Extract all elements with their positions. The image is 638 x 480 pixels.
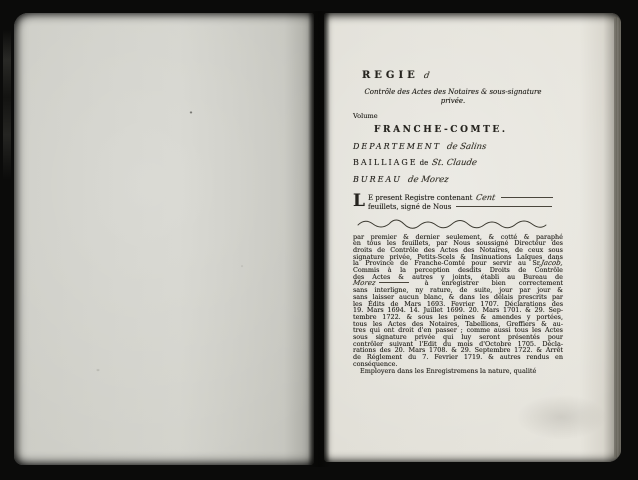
- book-photo: REGIEd Contrôle des Actes des Notaires &…: [0, 0, 638, 480]
- register-subtitle-line1: Contrôle des Actes des Notaires & sous-s…: [353, 88, 553, 97]
- declaration-line1: E present Registre contenantCent: [353, 193, 571, 203]
- left-page-blank: [14, 13, 314, 465]
- field-bailliage: BAILLIAGEdeSt. Claude: [353, 158, 571, 168]
- body-text-segment: Employera dans les Enregistremens la nat…: [360, 367, 536, 375]
- field-handwritten-value: de Morez: [407, 175, 449, 185]
- field-de: de: [420, 159, 429, 167]
- province-name: FRANCHE-COMTE.: [374, 125, 571, 135]
- declaration-line2-text: feuillets, signé de Nous: [368, 203, 451, 211]
- register-title: REGIEd: [362, 70, 571, 81]
- declaration-line2: feuillets, signé de Nous: [353, 203, 571, 212]
- register-subtitle-line2: privée.: [353, 97, 553, 106]
- title-text: REGIE: [362, 70, 419, 81]
- body-text: par premier & dernier seulement, & cotté…: [353, 234, 563, 375]
- handwritten-text-segment: Jacob,: [541, 260, 564, 267]
- ink-rule: [456, 206, 552, 207]
- register-declaration: L E present Registre contenantCent feuil…: [353, 193, 571, 212]
- field-bureau: BUREAUde Morez: [353, 175, 571, 185]
- body-text-line: Employera dans les Enregistremens la nat…: [353, 368, 563, 375]
- printed-content: REGIEd Contrôle des Actes des Notaires &…: [353, 70, 571, 374]
- spine-scratch-mark: [3, 30, 11, 180]
- field-label: DEPARTEMENT: [353, 142, 441, 151]
- handwritten-text-segment: Morez: [352, 280, 376, 287]
- field-handwritten-value: St. Claude: [431, 158, 477, 168]
- ink-rule: [379, 282, 409, 283]
- page-fore-edge: [614, 17, 621, 458]
- folio-count-handwritten: Cent: [476, 193, 497, 202]
- volume-label: Volume: [353, 112, 571, 120]
- title-handwritten-letter: d: [423, 71, 434, 81]
- ink-rule: [501, 197, 553, 198]
- ink-flourish: [356, 216, 548, 229]
- book-gutter: [308, 11, 330, 467]
- right-page: REGIEd Contrôle des Actes des Notaires &…: [324, 13, 621, 462]
- field-departement: DEPARTEMENTde Salins: [353, 142, 571, 152]
- field-label: BAILLIAGE: [353, 158, 418, 167]
- field-handwritten-value: de Salins: [446, 142, 487, 152]
- drop-cap: L: [353, 194, 365, 209]
- field-label: BUREAU: [353, 175, 402, 184]
- declaration-line1-text: E present Registre contenant: [368, 194, 472, 202]
